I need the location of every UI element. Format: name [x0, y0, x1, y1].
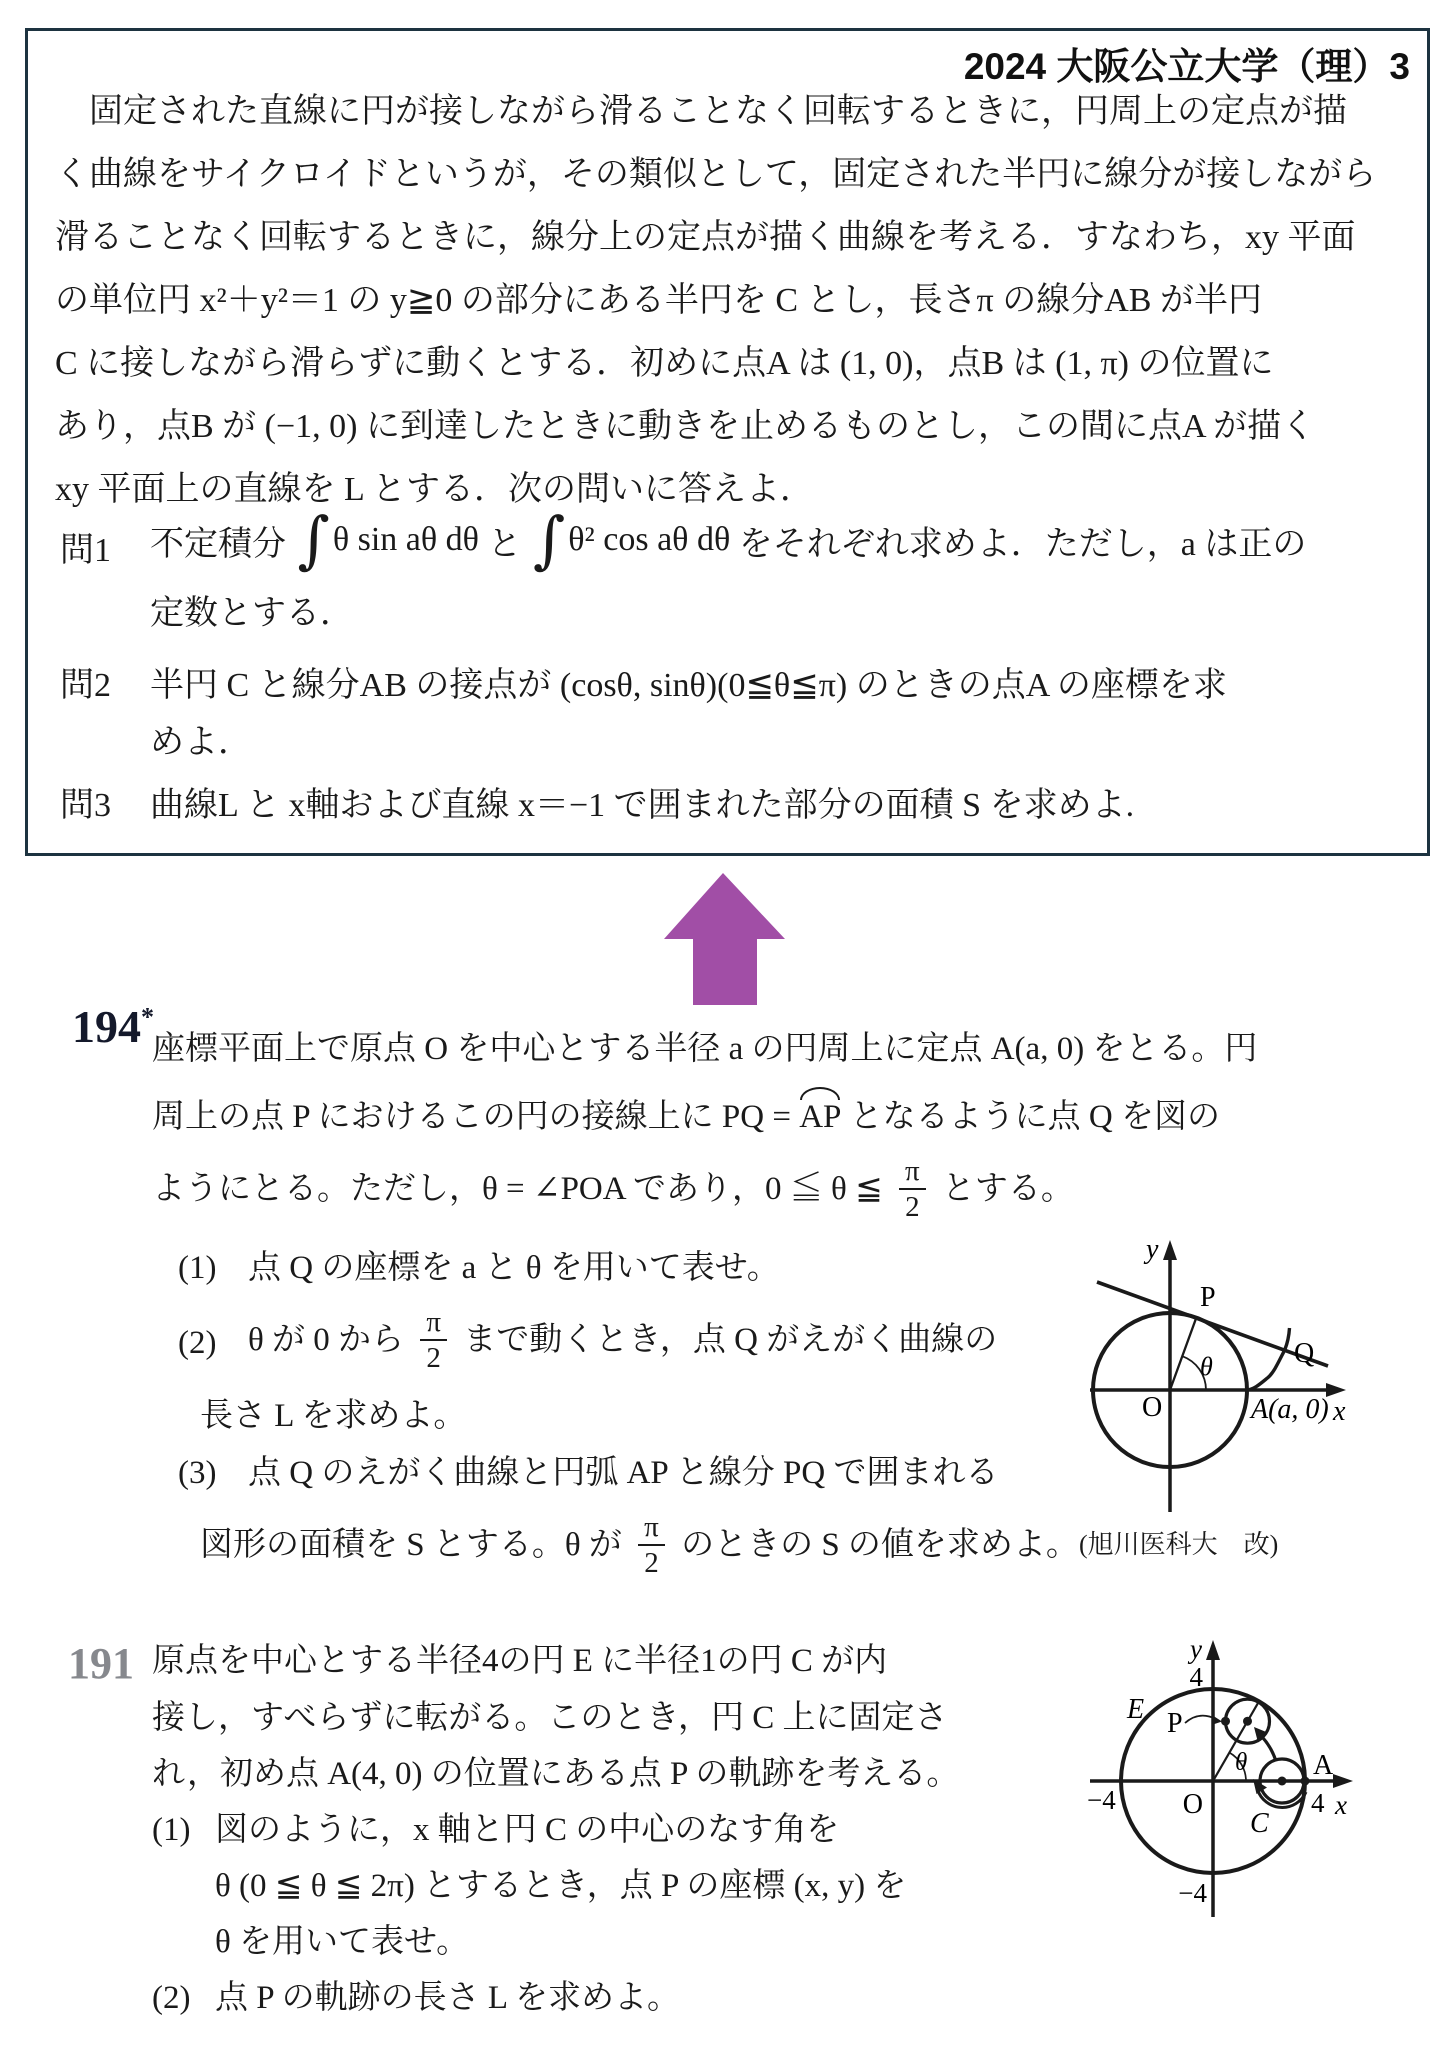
q1-post: をそれぞれ求めよ．ただし，a は正の	[739, 516, 1307, 565]
figure-label-x: x	[1334, 1790, 1347, 1820]
fraction-pi-over-2: π2	[638, 1511, 665, 1580]
figure-label-A: A(a, 0)	[1249, 1394, 1329, 1425]
question-1-line-1: 不定積分 ∫θ sin aθ dθ と ∫θ² cos aθ dθ をそれぞれ求…	[150, 500, 1306, 580]
exam-page: { "header": { "title": "2024 大阪公立大学（理）3"…	[0, 0, 1450, 2056]
p194-q3-text: 点 Q のえがく曲線と円弧 AP と線分 PQ で囲まれる	[248, 1452, 998, 1494]
paragraph-line: の単位円 x²＋y²＝1 の y≧0 の部分にある半円を C とし，長さπ の線…	[55, 279, 1262, 323]
circle-C-rolled-center-dot	[1243, 1717, 1252, 1726]
q1-integrand-1: θ sin aθ dθ	[333, 521, 488, 559]
figure-label-4-right: 4	[1311, 1788, 1325, 1818]
y-axis-arrowhead	[1206, 1640, 1220, 1660]
p194-line-3: ようにとる。ただし，θ = ∠POA であり，0 ≦ θ ≦ π2 とする。	[152, 1150, 1074, 1228]
p191-q1-line-3: θ を用いて表せ。	[215, 1921, 469, 1963]
arc-over-AP: AP	[799, 1096, 841, 1138]
point-P-dot	[1221, 1717, 1230, 1726]
problem-194-number: 194*	[72, 1000, 154, 1053]
figure-label-P: P	[1167, 1708, 1183, 1739]
q1-mid: と	[487, 516, 530, 565]
paragraph-line: 滑ることなく回転するときに，線分上の定点が描く曲線を考える．すなわち，xy 平面	[55, 216, 1356, 260]
q1-integrand-2: θ² cos aθ dθ	[568, 521, 738, 559]
figure-label-4-top: 4	[1190, 1662, 1204, 1692]
figure-label-O: O	[1183, 1789, 1203, 1820]
p194-q2-text: θ が 0 から π2 まで動くとき，点 Q がえがく曲線の	[248, 1300, 997, 1380]
question-2-label: 問2	[60, 657, 111, 706]
figure-label-A: A	[1313, 1750, 1334, 1781]
p191-line-2: 接し，すべらずに転がる。このとき，円 C 上に固定さ	[152, 1697, 948, 1739]
question-1-label: 問1	[60, 522, 111, 571]
paragraph-line: C に接しながら滑らずに動くとする．初めに点A は (1, 0)，点B は (1…	[55, 342, 1274, 386]
figure-label-C: C	[1250, 1808, 1269, 1839]
motion-arrow-arc	[1262, 1737, 1276, 1761]
figure-label-y: y	[1187, 1634, 1202, 1664]
integral-sign: ∫	[298, 509, 330, 571]
x-axis-arrowhead	[1326, 1383, 1346, 1397]
question-2-line-1: 半円 C と線分AB の接点が (cosθ, sinθ)(0≦θ≦π) のときの…	[150, 657, 1227, 706]
circle-C-center-dot	[1278, 1777, 1287, 1786]
figure-label-neg4-left: −4	[1087, 1785, 1116, 1815]
figure-label-P: P	[1200, 1282, 1216, 1313]
p194-q1-label: (1)	[178, 1247, 216, 1289]
x-axis-arrowhead	[1333, 1774, 1353, 1788]
figure-label-E: E	[1126, 1694, 1144, 1725]
point-A-dot	[1301, 1777, 1310, 1786]
paragraph-line: く曲線をサイクロイドというが，その類似として，固定された半円に線分が接しながら	[55, 153, 1376, 197]
p191-q2-text: 点 P の軌跡の長さ L を求めよ。	[215, 1977, 680, 2019]
p194-q2-label: (2)	[178, 1322, 216, 1364]
q1-pre: 不定積分	[150, 516, 295, 565]
p191-q1-line-2: θ (0 ≦ θ ≦ 2π) とするとき，点 P の座標 (x, y) を	[215, 1865, 906, 1907]
question-3-line: 曲線L と x軸および直線 x＝−1 で囲まれた部分の面積 S を求めよ.	[150, 777, 1134, 826]
figure-label-neg4-bottom: −4	[1178, 1878, 1207, 1908]
paragraph-line: あり，点B が (−1, 0) に到達したときに動きを止めるものとし，この間に点…	[55, 405, 1315, 449]
p191-q2-label: (2)	[152, 1977, 190, 2019]
p-pointer-arrowhead	[1212, 1715, 1222, 1725]
up-arrow	[664, 873, 786, 1006]
paragraph-line: 固定された直線に円が接しながら滑ることなく回転するときに，円周上の定点が描	[55, 90, 1347, 134]
y-axis-arrowhead	[1163, 1240, 1177, 1260]
figure-label-theta: θ	[1235, 1749, 1247, 1776]
p194-q2-line-2: 長さ L を求めよ。	[200, 1395, 466, 1437]
exam-header: 2024 大阪公立大学（理）3	[600, 36, 1410, 90]
figure-label-O: O	[1142, 1392, 1162, 1423]
figure-label-Q: Q	[1294, 1338, 1314, 1369]
p191-q1-label: (1)	[152, 1809, 190, 1851]
p191-q1-text: 図のように，x 軸と円 C の中心のなす角を	[215, 1809, 839, 1851]
integral-sign: ∫	[533, 509, 565, 571]
radius-OP	[1170, 1318, 1196, 1390]
p194-line-2: 周上の点 P におけるこの円の接線上に PQ = AP となるように点 Q を図…	[152, 1096, 1220, 1138]
p194-line-1: 座標平面上で原点 O を中心とする半径 a の円周上に定点 A(a, 0) をと…	[152, 1028, 1257, 1070]
figure-191-rolling-circle-diagram: y 4 E P θ O A −4 4 x C −4	[1085, 1622, 1450, 2022]
fraction-pi-over-2: π2	[899, 1155, 926, 1224]
question-3-label: 問3	[60, 777, 111, 826]
p194-q3-line-2: 図形の面積を S とする。θ が π2 のときの S の値を求めよ。(旭川医科大…	[200, 1505, 1278, 1585]
p194-q1-text: 点 Q の座標を a と θ を用いて表せ。	[248, 1247, 780, 1289]
figure-194-involute-diagram: y P Q θ O A(a, 0) x	[1088, 1222, 1448, 1514]
question-2-line-2: めよ．	[150, 714, 252, 763]
p191-line-3: れ，初め点 A(4, 0) の位置にある点 P の軌跡を考える。	[152, 1753, 959, 1795]
p194-source: (旭川医科大 改)	[1079, 1524, 1278, 1566]
figure-label-y: y	[1143, 1234, 1159, 1265]
p194-q3-label: (3)	[178, 1452, 216, 1494]
p191-line-1: 原点を中心とする半径4の円 E に半径1の円 C が内	[152, 1640, 887, 1682]
figure-label-theta: θ	[1200, 1352, 1213, 1381]
question-1-line-2: 定数とする．	[150, 585, 354, 634]
fraction-pi-over-2: π2	[420, 1306, 447, 1375]
figure-label-x: x	[1332, 1396, 1346, 1427]
problem-191-number: 191	[68, 1638, 134, 1689]
